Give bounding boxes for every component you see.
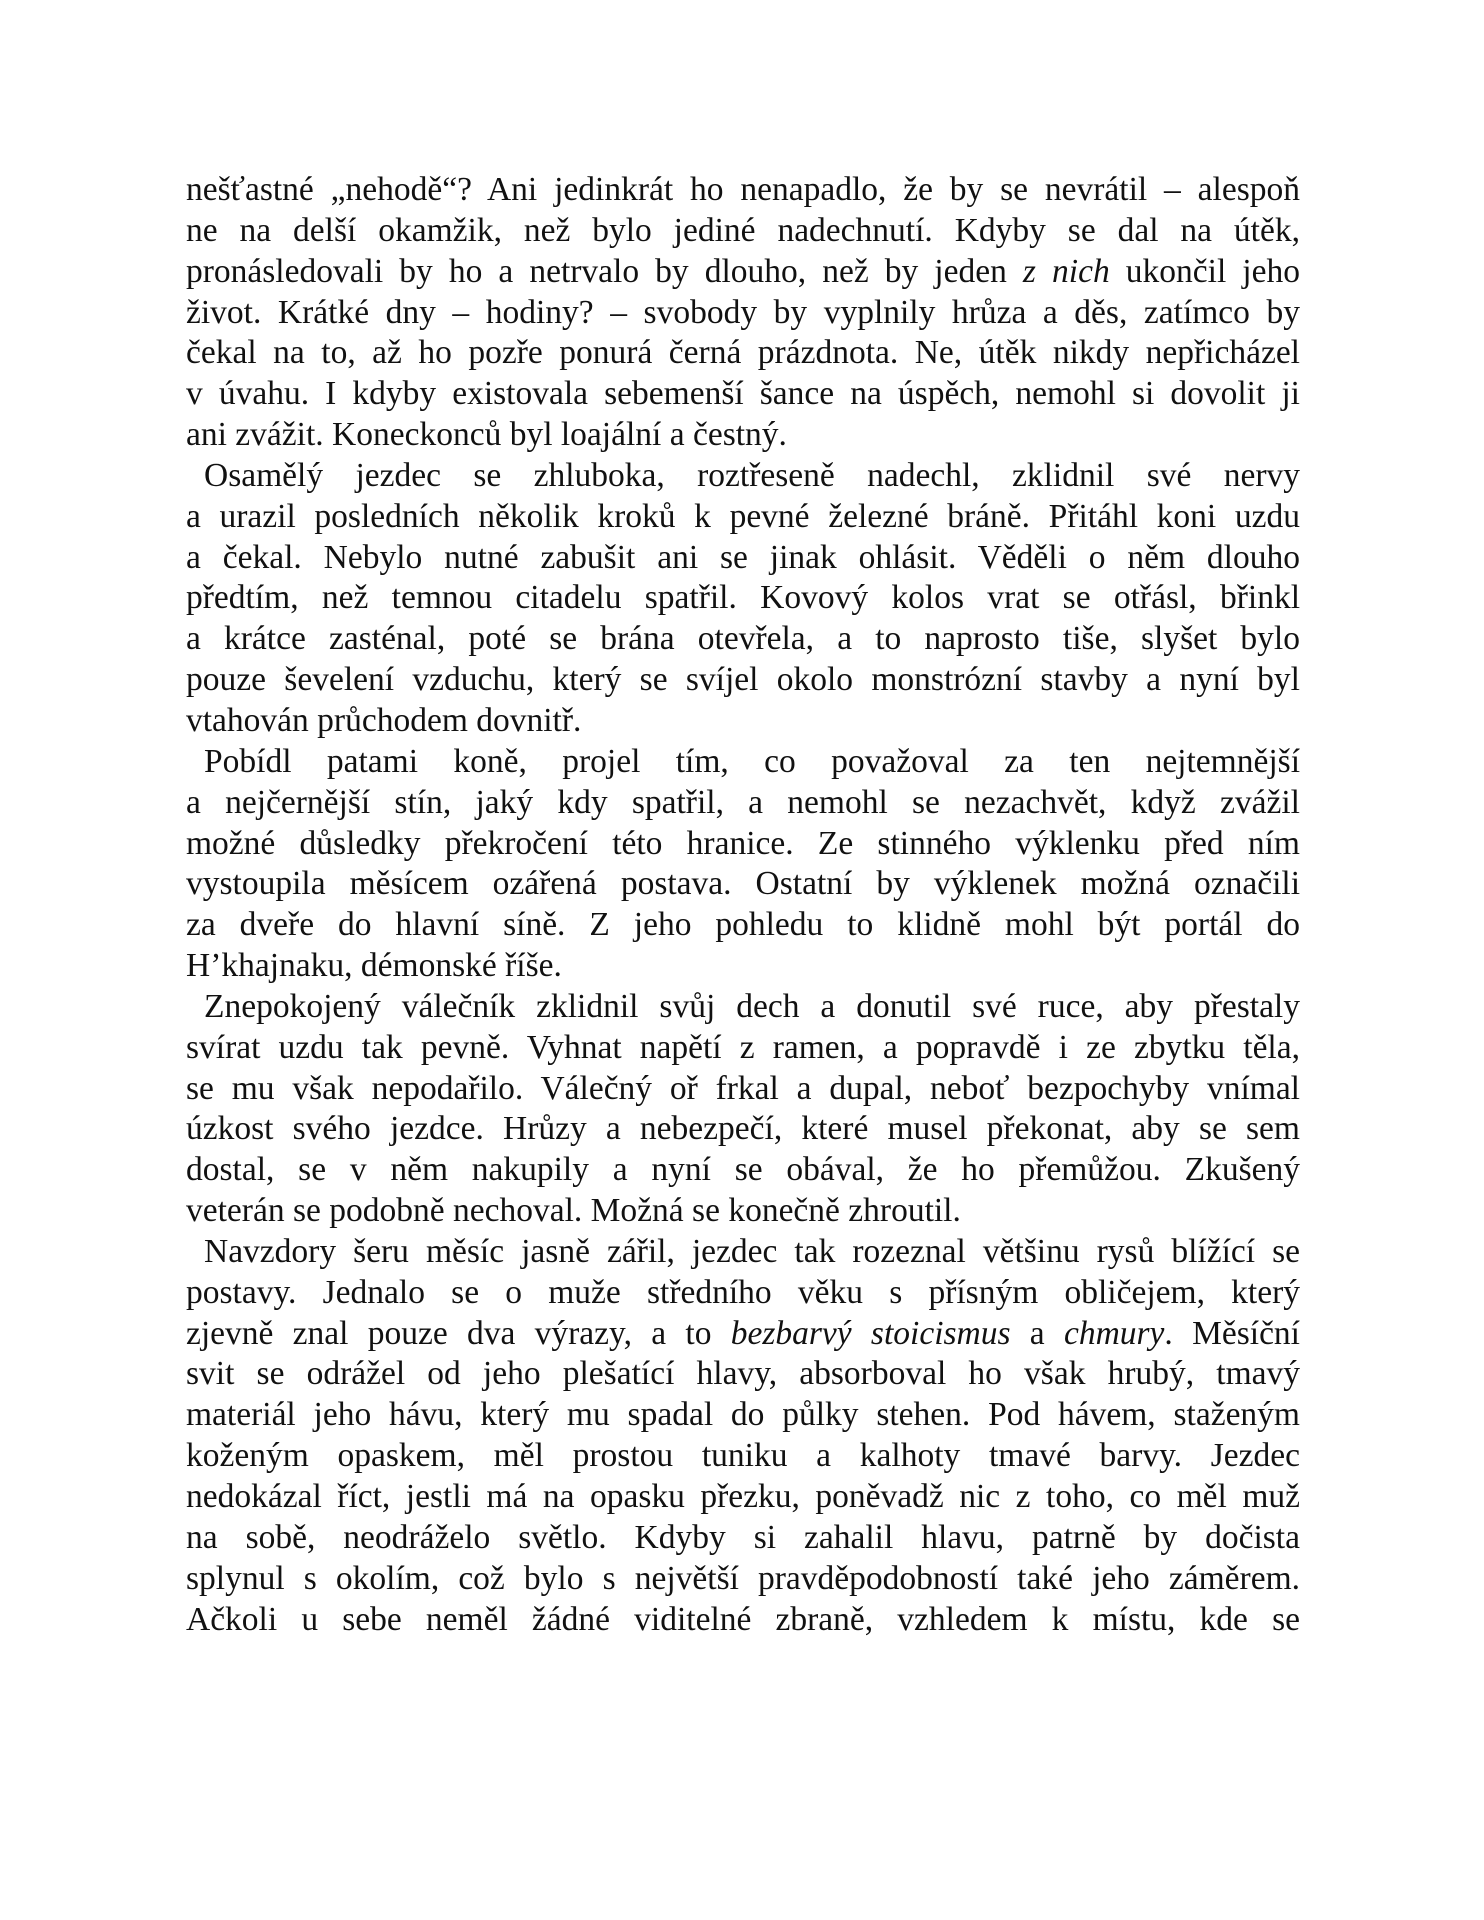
text-line: za dveře do hlavní síně. Z jeho pohledu … [186, 905, 1300, 946]
text-line: v úvahu. I kdyby existovala sebemenší ša… [186, 374, 1300, 415]
text-line: H’khajnaku, démonské říše. [186, 946, 1300, 987]
paragraph: Osamělý jezdec se zhluboka, roztřeseně n… [186, 456, 1300, 742]
text-line: Osamělý jezdec se zhluboka, roztřeseně n… [186, 456, 1300, 497]
paragraph: Pobídl patami koně, projel tím, co považ… [186, 742, 1300, 987]
text-line: se mu však nepodařilo. Válečný oř frkal … [186, 1069, 1300, 1110]
text-line: Pobídl patami koně, projel tím, co považ… [186, 742, 1300, 783]
text-line: koženým opaskem, měl prostou tuniku a ka… [186, 1436, 1300, 1477]
text-line: Navzdory šeru měsíc jasně zářil, jezdec … [186, 1232, 1300, 1273]
text-line: a nejčernější stín, jaký kdy spatřil, a … [186, 783, 1300, 824]
text-line: pouze ševelení vzduchu, který se svíjel … [186, 660, 1300, 701]
document-page: nešťastné „nehodě“? Ani jedinkrát ho nen… [186, 170, 1300, 1640]
text-line: na sobě, neodráželo světlo. Kdyby si zah… [186, 1518, 1300, 1559]
text-line: život. Krátké dny – hodiny? – svobody by… [186, 293, 1300, 334]
text-line: nedokázal říct, jestli má na opasku přez… [186, 1477, 1300, 1518]
text-line: veterán se podobně nechoval. Možná se ko… [186, 1191, 1300, 1232]
text-line: vystoupila měsícem ozářená postava. Osta… [186, 864, 1300, 905]
italic-text: bezbarvý stoicismus [731, 1315, 1011, 1352]
text-line: svit se odrážel od jeho plešatící hlavy,… [186, 1354, 1300, 1395]
paragraph: Znepokojený válečník zklidnil svůj dech … [186, 987, 1300, 1232]
text-line: a čekal. Nebylo nutné zabušit ani se jin… [186, 538, 1300, 579]
text-line: Znepokojený válečník zklidnil svůj dech … [186, 987, 1300, 1028]
text-line: a krátce zasténal, poté se brána otevřel… [186, 619, 1300, 660]
text-line: a urazil posledních několik kroků k pevn… [186, 497, 1300, 538]
text-line: úzkost svého jezdce. Hrůzy a nebezpečí, … [186, 1109, 1300, 1150]
text-line: splynul s okolím, což bylo s největší pr… [186, 1559, 1300, 1600]
text-line: materiál jeho hávu, který mu spadal do p… [186, 1395, 1300, 1436]
text-line: postavy. Jednalo se o muže středního věk… [186, 1273, 1300, 1314]
text-line: nešťastné „nehodě“? Ani jedinkrát ho nen… [186, 170, 1300, 211]
text-line: dostal, se v něm nakupily a nyní se obáv… [186, 1150, 1300, 1191]
text-line: možné důsledky překročení této hranice. … [186, 824, 1300, 865]
paragraph: Navzdory šeru měsíc jasně zářil, jezdec … [186, 1232, 1300, 1640]
text-line: ne na delší okamžik, než bylo jediné nad… [186, 211, 1300, 252]
italic-text: z nich [1023, 253, 1110, 290]
text-line: předtím, než temnou citadelu spatřil. Ko… [186, 578, 1300, 619]
text-line: zjevně znal pouze dva výrazy, a to bezba… [186, 1314, 1300, 1355]
text-line: pronásledovali by ho a netrvalo by dlouh… [186, 252, 1300, 293]
italic-text: chmury [1064, 1315, 1164, 1352]
paragraph: nešťastné „nehodě“? Ani jedinkrát ho nen… [186, 170, 1300, 456]
text-line: Ačkoli u sebe neměl žádné viditelné zbra… [186, 1600, 1300, 1641]
text-line: svírat uzdu tak pevně. Vyhnat napětí z r… [186, 1028, 1300, 1069]
text-line: ani zvážit. Koneckonců byl loajální a če… [186, 415, 1300, 456]
text-line: čekal na to, až ho pozře ponurá černá pr… [186, 333, 1300, 374]
text-line: vtahován průchodem dovnitř. [186, 701, 1300, 742]
